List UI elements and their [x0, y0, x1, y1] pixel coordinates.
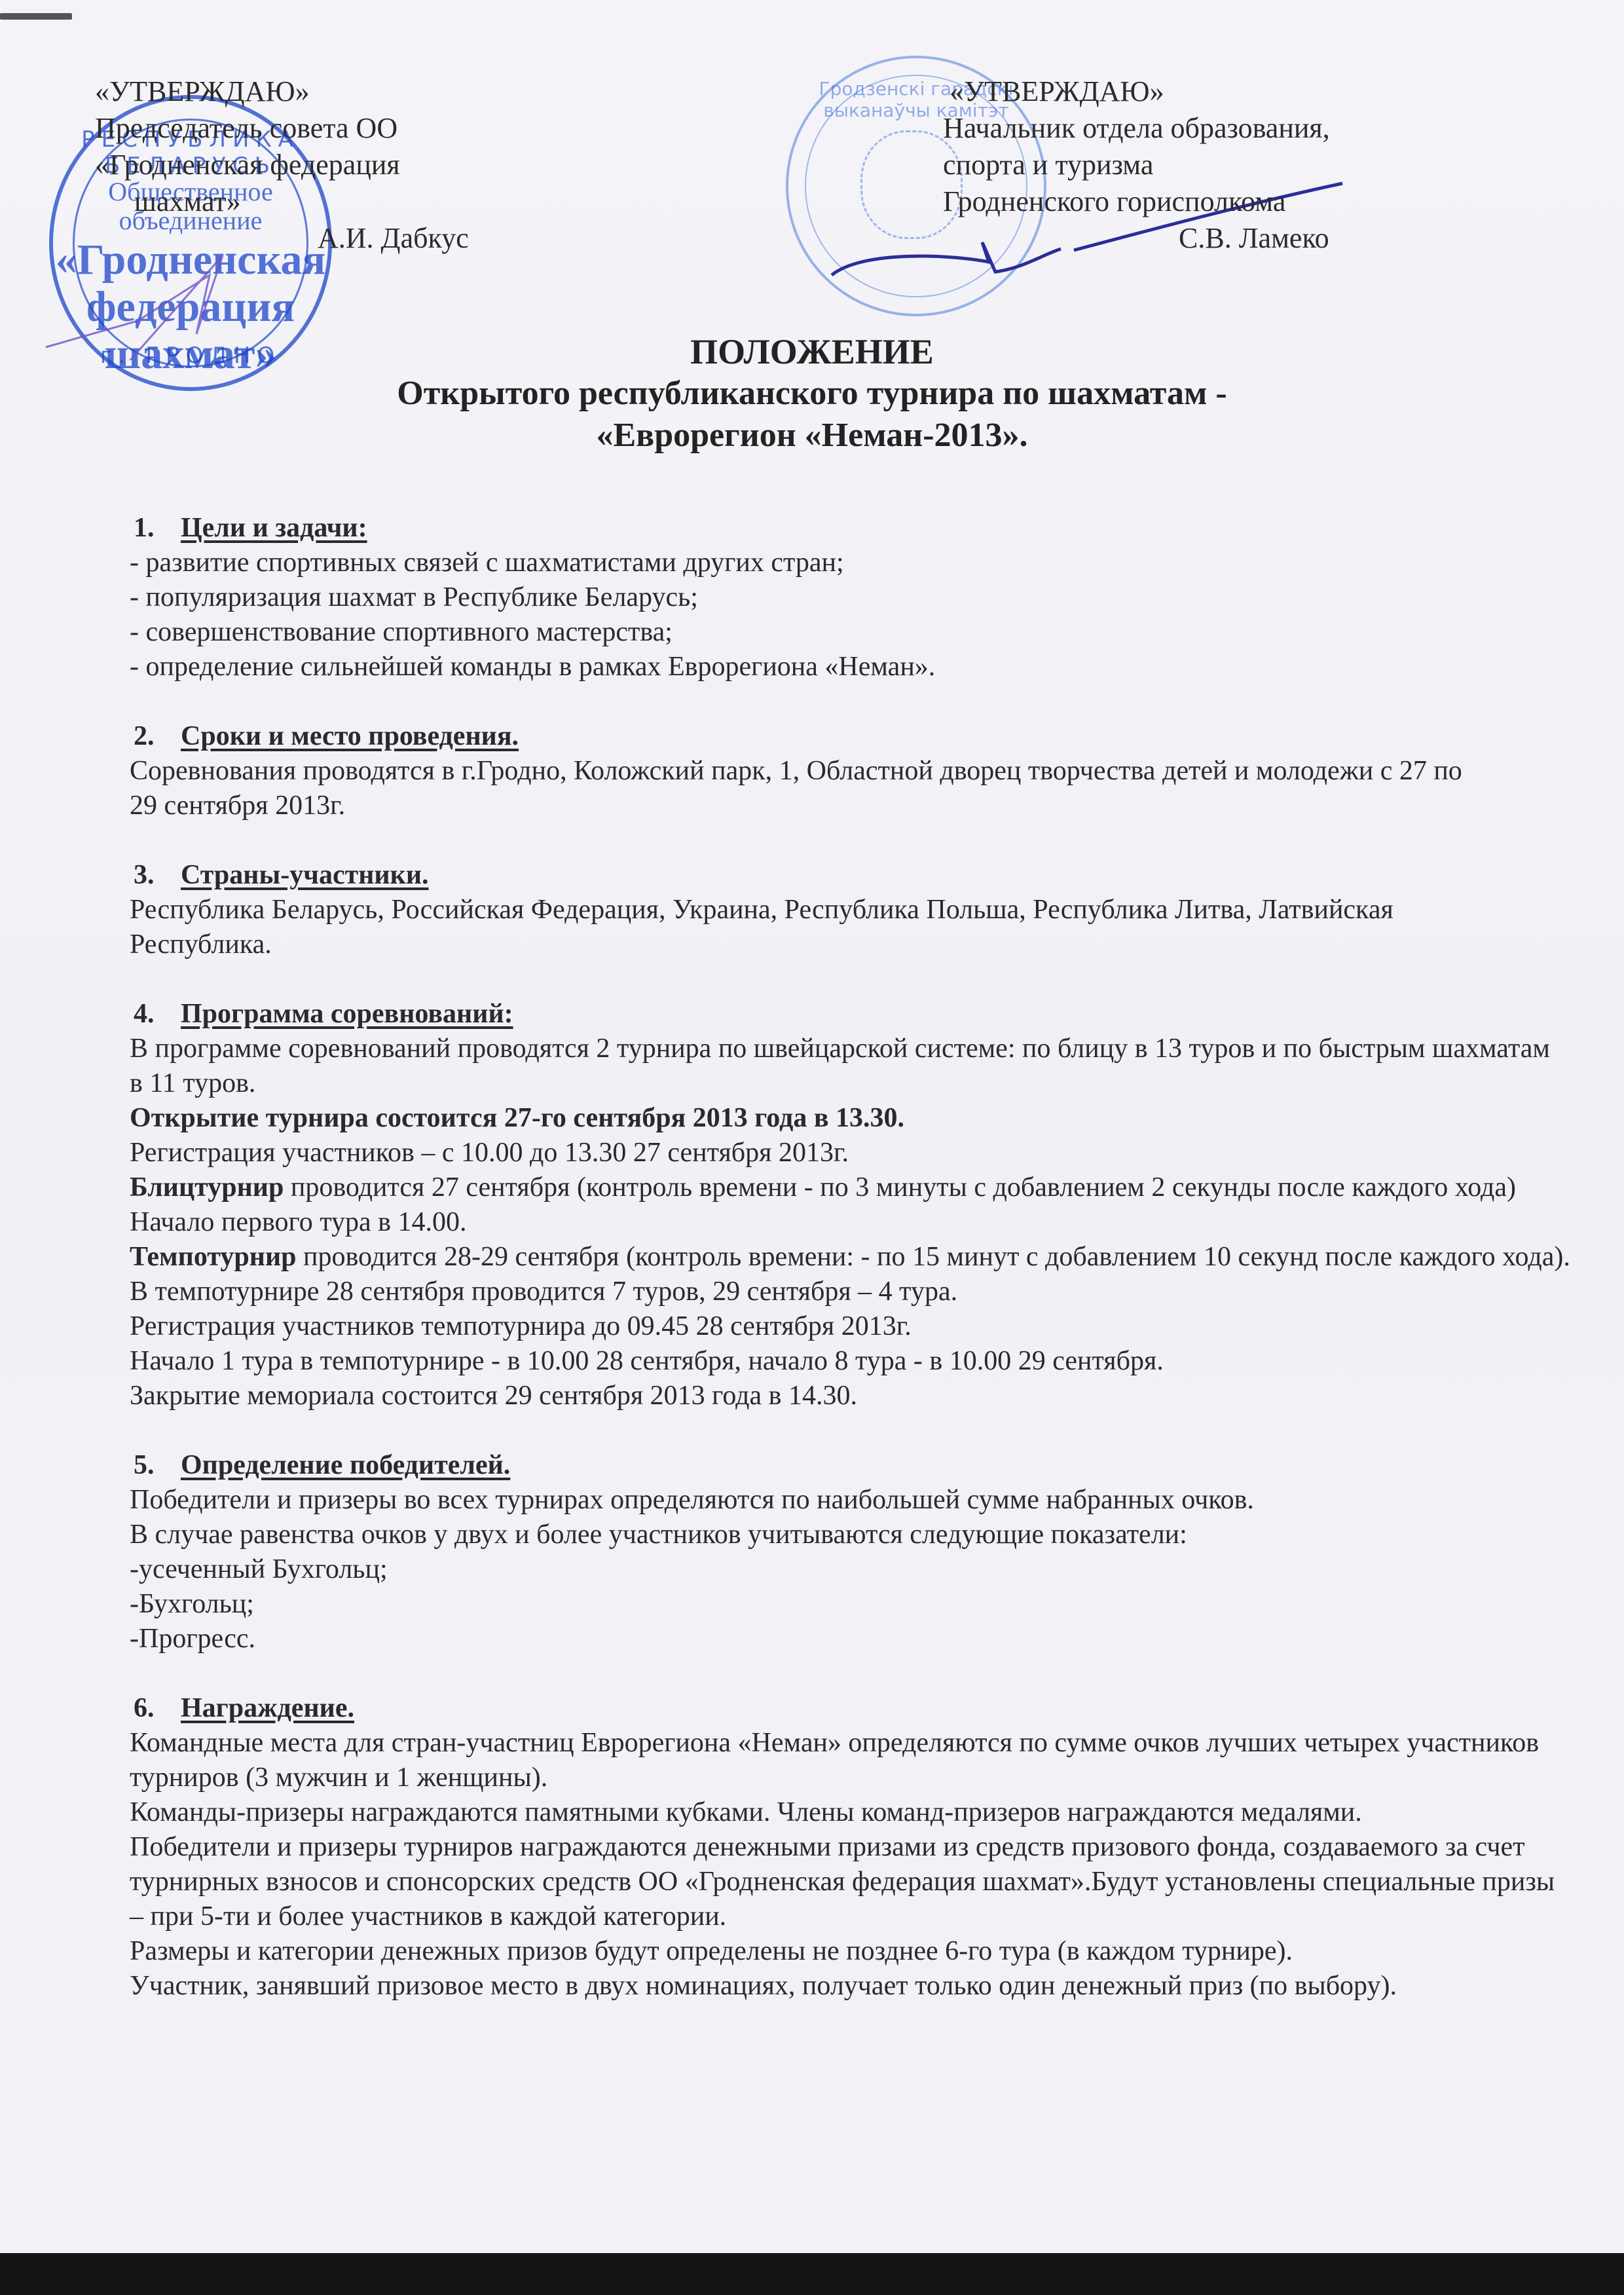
document-page: РЕСПУБЛИКА БЕЛАРУСЬ Общественное объедин… — [0, 0, 1624, 2253]
approval-block-left: «УТВЕРЖДАЮ» Председатель совета ОО «Грод… — [95, 73, 469, 257]
staple-mark — [0, 13, 72, 20]
document-body: 1.Цели и задачи: - развитие спортивных с… — [130, 511, 1570, 2004]
paragraph: Начало первого тура в 14.00. — [130, 1205, 1570, 1240]
section-heading: 4.Программа соревнований: — [134, 997, 1570, 1032]
paragraph: Победители и призеры во всех турнирах оп… — [130, 1483, 1570, 1518]
approval-label: «УТВЕРЖДАЮ» — [943, 73, 1330, 110]
approval-position: Начальник отдела образования, — [943, 110, 1330, 147]
approval-position: «Гродненская федерация — [95, 147, 469, 183]
section-heading: 5.Определение победителей. — [134, 1448, 1570, 1483]
section-goals: 1.Цели и задачи: - развитие спортивных с… — [130, 511, 1570, 684]
paragraph: В программе соревнований проводятся 2 ту… — [130, 1032, 1557, 1101]
paragraph: Командные места для стран-участниц Еврор… — [130, 1726, 1544, 1795]
opening-notice: Открытие турнира состоится 27-го сентябр… — [130, 1101, 1570, 1136]
paragraph: Регистрация участников – с 10.00 до 13.3… — [130, 1136, 1570, 1170]
paragraph: Республика Беларусь, Российская Федераци… — [130, 893, 1505, 962]
approval-position: спорта и туризма — [943, 147, 1330, 183]
approval-signatory: А.И. Дабкус — [95, 220, 469, 257]
approval-position: шахмат» — [95, 183, 469, 220]
list-item: - определение сильнейшей команды в рамка… — [130, 650, 1570, 684]
paragraph: Закрытие мемориала состоится 29 сентября… — [130, 1379, 1570, 1413]
paragraph: Соревнования проводятся в г.Гродно, Коло… — [130, 754, 1492, 823]
approval-block-right: «УТВЕРЖДАЮ» Начальник отдела образования… — [943, 73, 1330, 257]
section-dates-venue: 2.Сроки и место проведения. Соревнования… — [130, 719, 1570, 823]
title-main: ПОЛОЖЕНИЕ — [0, 331, 1624, 373]
title-line-2: Открытого республиканского турнира по ша… — [0, 373, 1624, 415]
title-line-3: «Еврорегион «Неман-2013». — [0, 415, 1624, 457]
section-heading: 6.Награждение. — [134, 1691, 1570, 1726]
document-title: ПОЛОЖЕНИЕ Открытого республиканского тур… — [0, 331, 1624, 457]
approval-label: «УТВЕРЖДАЮ» — [95, 73, 469, 110]
list-item: - совершенствование спортивного мастерст… — [130, 615, 1570, 650]
paragraph: Размеры и категории денежных призов буду… — [130, 1934, 1570, 1969]
paragraph: Участник, занявший призовое место в двух… — [130, 1969, 1492, 2004]
list-item: - популяризация шахмат в Республике Бела… — [130, 580, 1570, 615]
section-heading: 2.Сроки и место проведения. — [134, 719, 1570, 754]
list-item: -Бухгольц; — [130, 1587, 1570, 1622]
paragraph: Команды-призеры награждаются памятными к… — [130, 1795, 1479, 1830]
paragraph: Победители и призеры турниров награждают… — [130, 1830, 1557, 1934]
section-heading: 1.Цели и задачи: — [134, 511, 1570, 546]
scan-edge — [0, 2253, 1624, 2295]
approval-position: Председатель совета ОО — [95, 110, 469, 147]
paragraph: Темпотурнир проводится 28-29 сентября (к… — [130, 1240, 1577, 1309]
list-item: -усеченный Бухгольц; — [130, 1552, 1570, 1587]
paragraph: Начало 1 тура в темпотурнире - в 10.00 2… — [130, 1344, 1570, 1379]
approval-position: Гродненского горисполкома — [943, 183, 1330, 220]
paragraph: Блицтурнир проводится 27 сентября (контр… — [130, 1170, 1518, 1205]
approval-signatory: С.В. Ламеко — [943, 220, 1330, 257]
list-item: -Прогресс. — [130, 1622, 1570, 1656]
paragraph: Регистрация участников темпотурнира до 0… — [130, 1309, 1570, 1344]
list-item: - развитие спортивных связей с шахматист… — [130, 546, 1570, 580]
section-program: 4.Программа соревнований: В программе со… — [130, 997, 1570, 1413]
section-countries: 3.Страны-участники. Республика Беларусь,… — [130, 858, 1570, 962]
paragraph: В случае равенства очков у двух и более … — [130, 1518, 1570, 1552]
section-heading: 3.Страны-участники. — [134, 858, 1570, 893]
section-winners: 5.Определение победителей. Победители и … — [130, 1448, 1570, 1656]
section-awards: 6.Награждение. Командные места для стран… — [130, 1691, 1570, 2004]
